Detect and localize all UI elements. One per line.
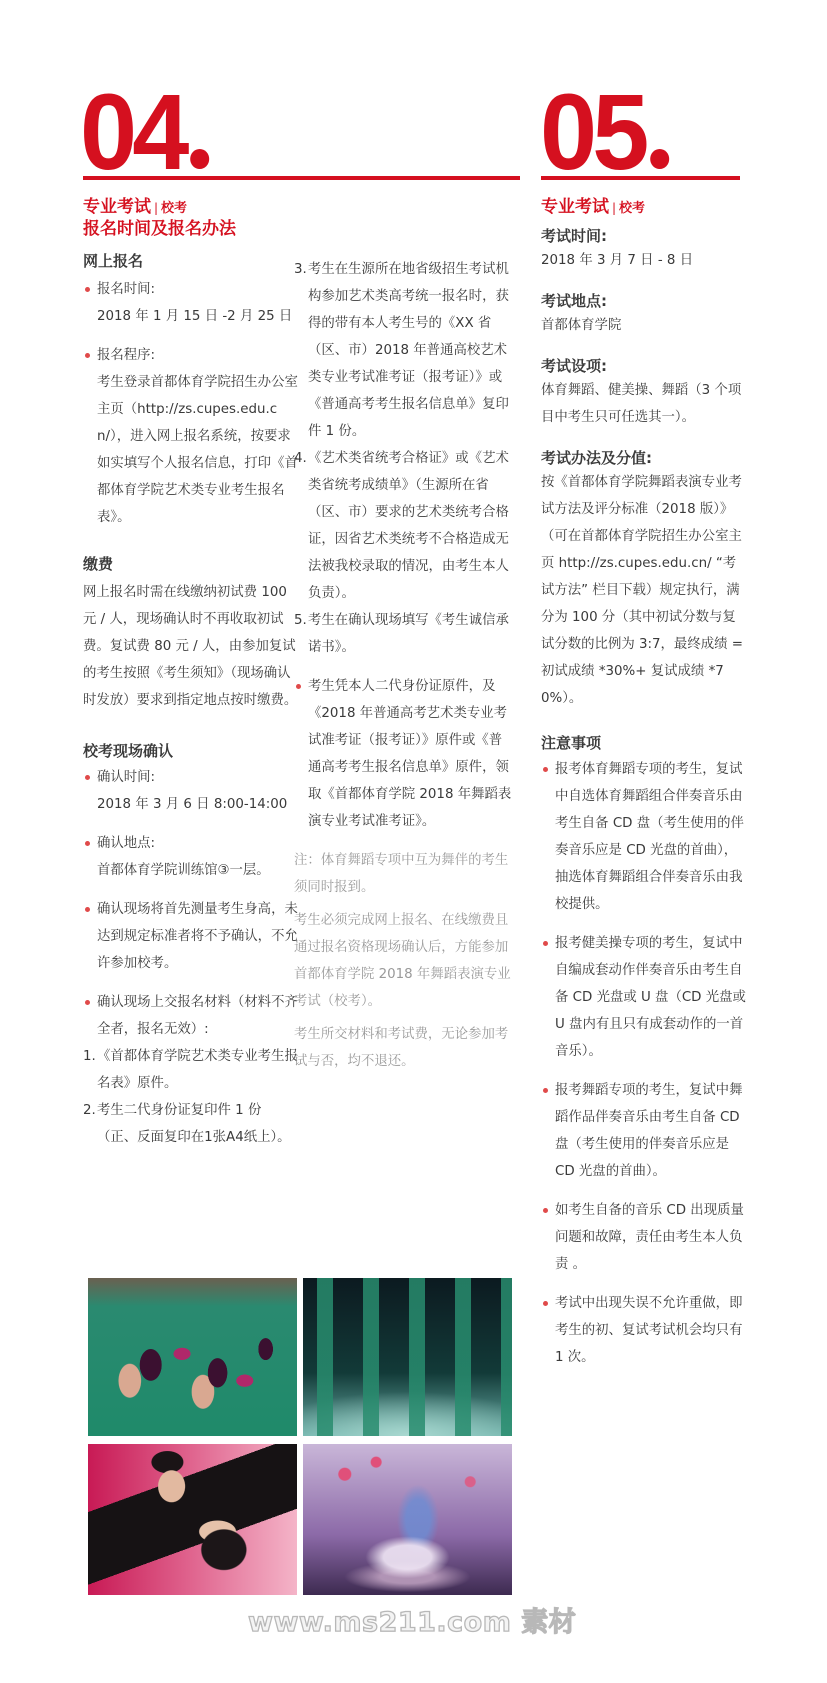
confirm-time-value: 2018 年 3 月 6 日 8:00-14:00: [83, 791, 298, 818]
confirm-materials-note: 确认现场上交报名材料（材料不齐全者，报名无效）:: [83, 989, 298, 1043]
column-1: 网上报名 报名时间: 2018 年 1 月 15 日 -2 月 25 日 报名程…: [83, 250, 298, 1151]
ticket-note: 考生凭本人二代身份证原件，及《2018 年普通高考艺术类专业考试准考证（报考证）…: [294, 673, 514, 835]
title-sub: 校考: [161, 201, 187, 216]
section-04-divider: [83, 176, 520, 180]
cheer-dance-photo: [88, 1278, 297, 1436]
exam-method-value: 按《首都体育学院舞蹈表演专业考试方法及评分标准（2018 版）》（可在首都体育学…: [541, 469, 746, 712]
confirm-heading: 校考现场确认: [83, 740, 298, 762]
material-item-1: 1.《首都体育学院艺术类专业考生报名表》原件。: [83, 1043, 298, 1097]
material-item-5: 5.考生在确认现场填写《考生诚信承诺书》。: [294, 607, 514, 661]
material-item-2: 2.考生二代身份证复印件 1 份（正、反面复印在1张A4纸上）。: [83, 1097, 298, 1151]
number-dot: [650, 149, 669, 169]
exam-time-value: 2018 年 3 月 7 日 - 8 日: [541, 247, 746, 274]
reg-time-label: 报名时间:: [83, 276, 298, 303]
attention-heading: 注意事项: [541, 732, 746, 754]
reg-procedure-label: 报名程序:: [83, 342, 298, 369]
exam-method-heading: 考试办法及分值:: [541, 447, 746, 469]
watermark: www.ms211.com 素材: [248, 1600, 576, 1639]
attention-item: 报考健美操专项的考生，复试中自编成套动作伴奏音乐由考生自备 CD 光盘或 U 盘…: [541, 930, 746, 1065]
attention-item: 报考体育舞蹈专项的考生，复试中自选体育舞蹈组合伴奏音乐由考生自备 CD 盘（考生…: [541, 756, 746, 918]
exam-items-value: 体育舞蹈、健美操、舞蹈（3 个项目中考生只可任选其一）。: [541, 377, 746, 431]
confirm-height-note: 确认现场将首先测量考生身高，未达到规定标准者将不予确认，不允许参加校考。: [83, 896, 298, 977]
classical-dance-photo: [303, 1444, 512, 1595]
note-refund: 考生所交材料和考试费，无论参加考试与否，均不退还。: [294, 1021, 514, 1075]
section-04-title: 专业考试|校考 报名时间及报名办法: [83, 197, 383, 240]
attention-item: 考试中出现失误不允许重做，即考生的初、复试考试机会均只有 1 次。: [541, 1290, 746, 1371]
section-05-title: 专业考试|校考: [541, 197, 746, 219]
online-heading: 网上报名: [83, 250, 298, 272]
attention-item: 如考生自备的音乐 CD 出现质量问题和故障，责任由考生本人负责 。: [541, 1197, 746, 1278]
exam-time-heading: 考试时间:: [541, 225, 746, 247]
reg-time-value: 2018 年 1 月 15 日 -2 月 25 日: [83, 303, 298, 330]
column-2: 3.考生在生源所在地省级招生考试机构参加艺术类高考统一报名时，获得的带有本人考生…: [294, 256, 514, 1075]
section-04-number: 04: [80, 78, 209, 186]
attention-item: 报考舞蹈专项的考生，复试中舞蹈作品伴奏音乐由考生自备 CD 盘（考生使用的伴奏音…: [541, 1077, 746, 1185]
fee-heading: 缴费: [83, 553, 298, 575]
exam-place-value: 首都体育学院: [541, 312, 746, 339]
section-05-number: 05: [540, 78, 669, 186]
title-main: 专业考试: [83, 197, 151, 217]
confirm-place-label: 确认地点:: [83, 830, 298, 857]
material-item-4: 4.《艺术类省统考合格证》或《艺术类省统考成绩单》（生源所在省（区、市）要求的艺…: [294, 445, 514, 607]
group-dance-green-photo: [303, 1278, 512, 1436]
note-eligibility: 考生必须完成网上报名、在线缴费且通过报名资格现场确认后，方能参加首都体育学院 2…: [294, 907, 514, 1015]
title-line2: 报名时间及报名办法: [83, 219, 236, 239]
fee-text: 网上报名时需在线缴纳初试费 100 元 / 人，现场确认时不再收取初试费。复试费…: [83, 579, 298, 714]
exam-items-heading: 考试设项:: [541, 355, 746, 377]
reg-procedure-text: 考生登录首都体育学院招生办公室主页（http://zs.cupes.edu.cn…: [83, 369, 298, 531]
section-05-divider: [541, 176, 740, 180]
column-3: 专业考试|校考 考试时间: 2018 年 3 月 7 日 - 8 日 考试地点:…: [541, 197, 746, 1371]
exam-place-heading: 考试地点:: [541, 290, 746, 312]
material-item-3: 3.考生在生源所在地省级招生考试机构参加艺术类高考统一报名时，获得的带有本人考生…: [294, 256, 514, 445]
note-partner: 注：体育舞蹈专项中互为舞伴的考生须同时报到。: [294, 847, 514, 901]
latin-dance-couple-photo: [88, 1444, 297, 1595]
number-dot: [190, 149, 209, 169]
confirm-time-label: 确认时间:: [83, 764, 298, 791]
confirm-place-value: 首都体育学院训练馆③一层。: [83, 857, 298, 884]
